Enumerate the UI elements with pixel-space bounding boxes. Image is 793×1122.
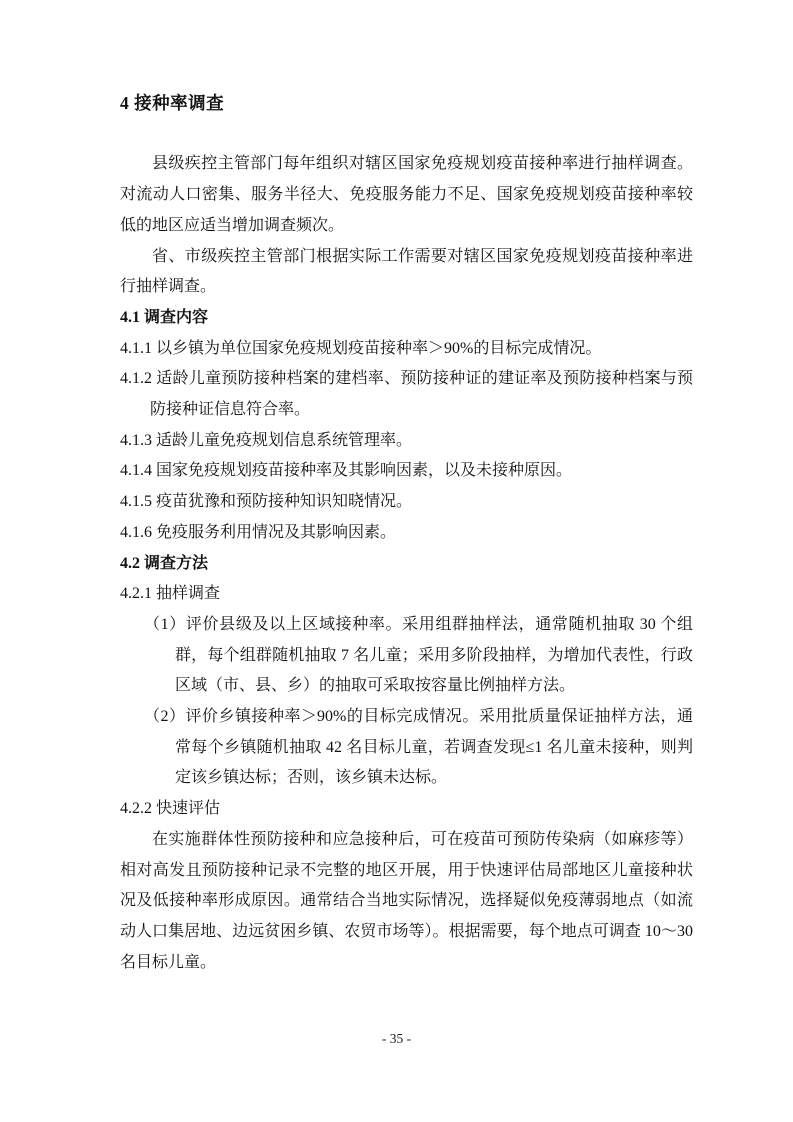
item-4-1-5-vaccine-hesitancy: 4.1.5 疫苗犹豫和预防接种知识知晓情况。: [120, 487, 693, 518]
heading-4-2-1-sampling-survey: 4.2.1 抽样调查: [120, 579, 693, 610]
para-county-annual-sampling: 县级疾控主管部门每年组织对辖区国家免疫规划疫苗接种率进行抽样调查。对流动人口密集…: [120, 149, 693, 241]
heading-4-2-2-rapid-assessment: 4.2.2 快速评估: [120, 794, 693, 825]
page-number: - 35 -: [0, 1030, 793, 1048]
item-4-1-2-archive-rates: 4.1.2 适龄儿童预防接种档案的建档率、预防接种证的建证率及预防接种档案与预防…: [120, 364, 693, 425]
item-4-1-3-info-system-rate: 4.1.3 适龄儿童免疫规划信息系统管理率。: [120, 426, 693, 457]
subitem-1-county-cluster-sampling: （1）评价县级及以上区域接种率。采用组群抽样法，通常随机抽取 30 个组群，每个…: [120, 610, 693, 702]
section-title: 4 接种率调查: [120, 88, 693, 119]
para-province-city-sampling: 省、市级疾控主管部门根据实际工作需要对辖区国家免疫规划疫苗接种率进行抽样调查。: [120, 242, 693, 303]
document-page: 4 接种率调查 县级疾控主管部门每年组织对辖区国家免疫规划疫苗接种率进行抽样调查…: [0, 0, 793, 1122]
item-4-1-6-service-utilization: 4.1.6 免疫服务利用情况及其影响因素。: [120, 518, 693, 549]
heading-4-2-survey-method: 4.2 调查方法: [120, 549, 693, 580]
document-content: 4 接种率调查 县级疾控主管部门每年组织对辖区国家免疫规划疫苗接种率进行抽样调查…: [120, 88, 693, 978]
heading-4-1-survey-content: 4.1 调查内容: [120, 303, 693, 334]
subitem-2-township-lqas: （2）评价乡镇接种率＞90%的目标完成情况。采用批质量保证抽样方法，通常每个乡镇…: [120, 702, 693, 794]
item-4-1-1-township-target: 4.1.1 以乡镇为单位国家免疫规划疫苗接种率＞90%的目标完成情况。: [120, 334, 693, 365]
para-rapid-assessment-detail: 在实施群体性预防接种和应急接种后，可在疫苗可预防传染病（如麻疹等）相对高发且预防…: [120, 825, 693, 979]
item-4-1-4-coverage-factors: 4.1.4 国家免疫规划疫苗接种率及其影响因素，以及未接种原因。: [120, 456, 693, 487]
